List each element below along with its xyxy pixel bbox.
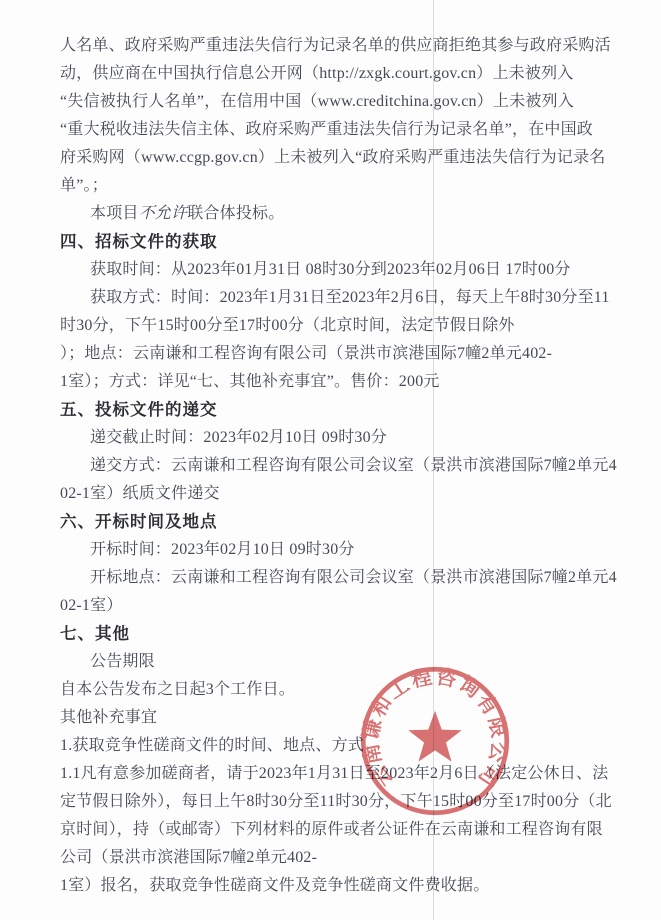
text-run: 公告期限	[90, 653, 155, 670]
text-run: 1室）报名，获取竞争性磋商文件及竞争性磋商文件费收据。	[60, 877, 489, 894]
text-line: 公告期限	[60, 648, 620, 676]
text-line: 其他补充事宜	[60, 704, 620, 732]
text-line: 人名单、政府采购严重违法失信行为记录名单的供应商拒绝其参与政府采购活	[60, 32, 620, 60]
text-run: 时30分，下午15时00分至17时00分（北京时间，法定节假日除外	[60, 317, 515, 334]
text-line: “重大税收违法失信主体、政府采购严重违法失信行为记录名单”，在中国政	[60, 116, 620, 144]
text-run: 获取时间：从2023年01月31日 08时30分到2023年02月06日 17时…	[90, 261, 571, 278]
text-line: 02-1室）	[60, 592, 620, 620]
text-line: 六、开标时间及地点	[60, 508, 620, 536]
text-line: 五、投标文件的递交	[60, 396, 620, 424]
text-run: “重大税收违法失信主体、政府采购严重违法失信行为记录名单”，在中国政	[60, 121, 593, 138]
text-run: 本项目	[90, 205, 139, 222]
text-line: 获取时间：从2023年01月31日 08时30分到2023年02月06日 17时…	[60, 256, 620, 284]
text-run: 自本公告发布之日起3个工作日。	[60, 681, 295, 698]
text-line: 递交截止时间：2023年02月10日 09时30分	[60, 424, 620, 452]
text-line: 本项目不允许联合体投标。	[60, 200, 620, 228]
text-run: “失信被执行人名单”，在信用中国（www.creditchina.gov.cn）…	[60, 93, 574, 110]
text-run: 七、其他	[60, 625, 130, 643]
text-line: 四、招标文件的获取	[60, 228, 620, 256]
text-line: 七、其他	[60, 620, 620, 648]
text-line: 1.获取竞争性磋商文件的时间、地点、方式	[60, 732, 620, 760]
text-run: 递交方式：云南谦和工程咨询有限公司会议室（景洪市滨港国际7幢2单元4	[90, 457, 617, 474]
text-run: 02-1室）	[60, 597, 123, 614]
text-line: 京时间），持（或邮寄）下列材料的原件或者公证件在云南谦和工程咨询有限	[60, 816, 620, 844]
text-run: 公司（景洪市滨港国际7幢2单元402-	[60, 849, 317, 866]
text-line: “失信被执行人名单”，在信用中国（www.creditchina.gov.cn）…	[60, 88, 620, 116]
text-run: 获取方式：时间：2023年1月31日至2023年2月6日，每天上午8时30分至1…	[90, 289, 610, 306]
text-line: 自本公告发布之日起3个工作日。	[60, 676, 620, 704]
text-run: 六、开标时间及地点	[60, 513, 218, 531]
text-run: 不允许	[139, 205, 188, 222]
text-run: 人名单、政府采购严重违法失信行为记录名单的供应商拒绝其参与政府采购活	[60, 37, 611, 54]
text-line: 公司（景洪市滨港国际7幢2单元402-	[60, 844, 620, 872]
text-line: 时30分，下午15时00分至17时00分（北京时间，法定节假日除外	[60, 312, 620, 340]
text-run: 京时间），持（或邮寄）下列材料的原件或者公证件在云南谦和工程咨询有限	[60, 821, 603, 838]
text-line: 动，供应商在中国执行信息公开网（http://zxgk.court.gov.cn…	[60, 60, 620, 88]
text-run: 1室）；方式：详见“七、其他补充事宜”。售价：200元	[60, 373, 440, 390]
text-line: 1室）；方式：详见“七、其他补充事宜”。售价：200元	[60, 368, 620, 396]
text-line: 开标时间：2023年02月10日 09时30分	[60, 536, 620, 564]
text-line: 定节假日除外），每日上午8时30分至11时30分，下午15时00分至17时00分…	[60, 788, 620, 816]
text-run: 四、招标文件的获取	[60, 233, 218, 251]
text-line: 02-1室）纸质文件递交	[60, 480, 620, 508]
text-line: 获取方式：时间：2023年1月31日至2023年2月6日，每天上午8时30分至1…	[60, 284, 620, 312]
text-run: 定节假日除外），每日上午8时30分至11时30分，下午15时00分至17时00分…	[60, 793, 612, 810]
document-page: 人名单、政府采购严重违法失信行为记录名单的供应商拒绝其参与政府采购活动，供应商在…	[0, 0, 661, 920]
text-run: 府采购网（www.ccgp.gov.cn）上未被列入“政府采购严重违法失信行为记…	[60, 149, 605, 166]
text-run: 联合体投标。	[187, 205, 284, 222]
text-line: ）；地点：云南谦和工程咨询有限公司（景洪市滨港国际7幢2单元402-	[60, 340, 620, 368]
text-line: 1室）报名，获取竞争性磋商文件及竞争性磋商文件费收据。	[60, 872, 620, 900]
text-line: 递交方式：云南谦和工程咨询有限公司会议室（景洪市滨港国际7幢2单元4	[60, 452, 620, 480]
text-line: 1.1凡有意参加磋商者，请于2023年1月31日至2023年2月6日（法定公休日…	[60, 760, 620, 788]
text-run: 02-1室）纸质文件递交	[60, 485, 220, 502]
text-run: 开标时间：2023年02月10日 09时30分	[90, 541, 355, 558]
announcement-body: 人名单、政府采购严重违法失信行为记录名单的供应商拒绝其参与政府采购活动，供应商在…	[60, 32, 620, 900]
text-line: 府采购网（www.ccgp.gov.cn）上未被列入“政府采购严重违法失信行为记…	[60, 144, 620, 172]
text-run: 五、投标文件的递交	[60, 401, 218, 419]
text-line: 单”。；	[60, 172, 620, 200]
text-run: 递交截止时间：2023年02月10日 09时30分	[90, 429, 387, 446]
text-run: 开标地点：云南谦和工程咨询有限公司会议室（景洪市滨港国际7幢2单元4	[90, 569, 617, 586]
text-run: 1.1凡有意参加磋商者，请于2023年1月31日至2023年2月6日（法定公休日…	[60, 765, 608, 782]
text-run: 动，供应商在中国执行信息公开网（http://zxgk.court.gov.cn…	[60, 65, 573, 82]
text-run: 1.获取竞争性磋商文件的时间、地点、方式	[60, 737, 364, 754]
text-line: 开标地点：云南谦和工程咨询有限公司会议室（景洪市滨港国际7幢2单元4	[60, 564, 620, 592]
text-run: 其他补充事宜	[60, 709, 157, 726]
text-run: ）；地点：云南谦和工程咨询有限公司（景洪市滨港国际7幢2单元402-	[60, 345, 552, 362]
text-run: 单”。；	[60, 177, 108, 194]
